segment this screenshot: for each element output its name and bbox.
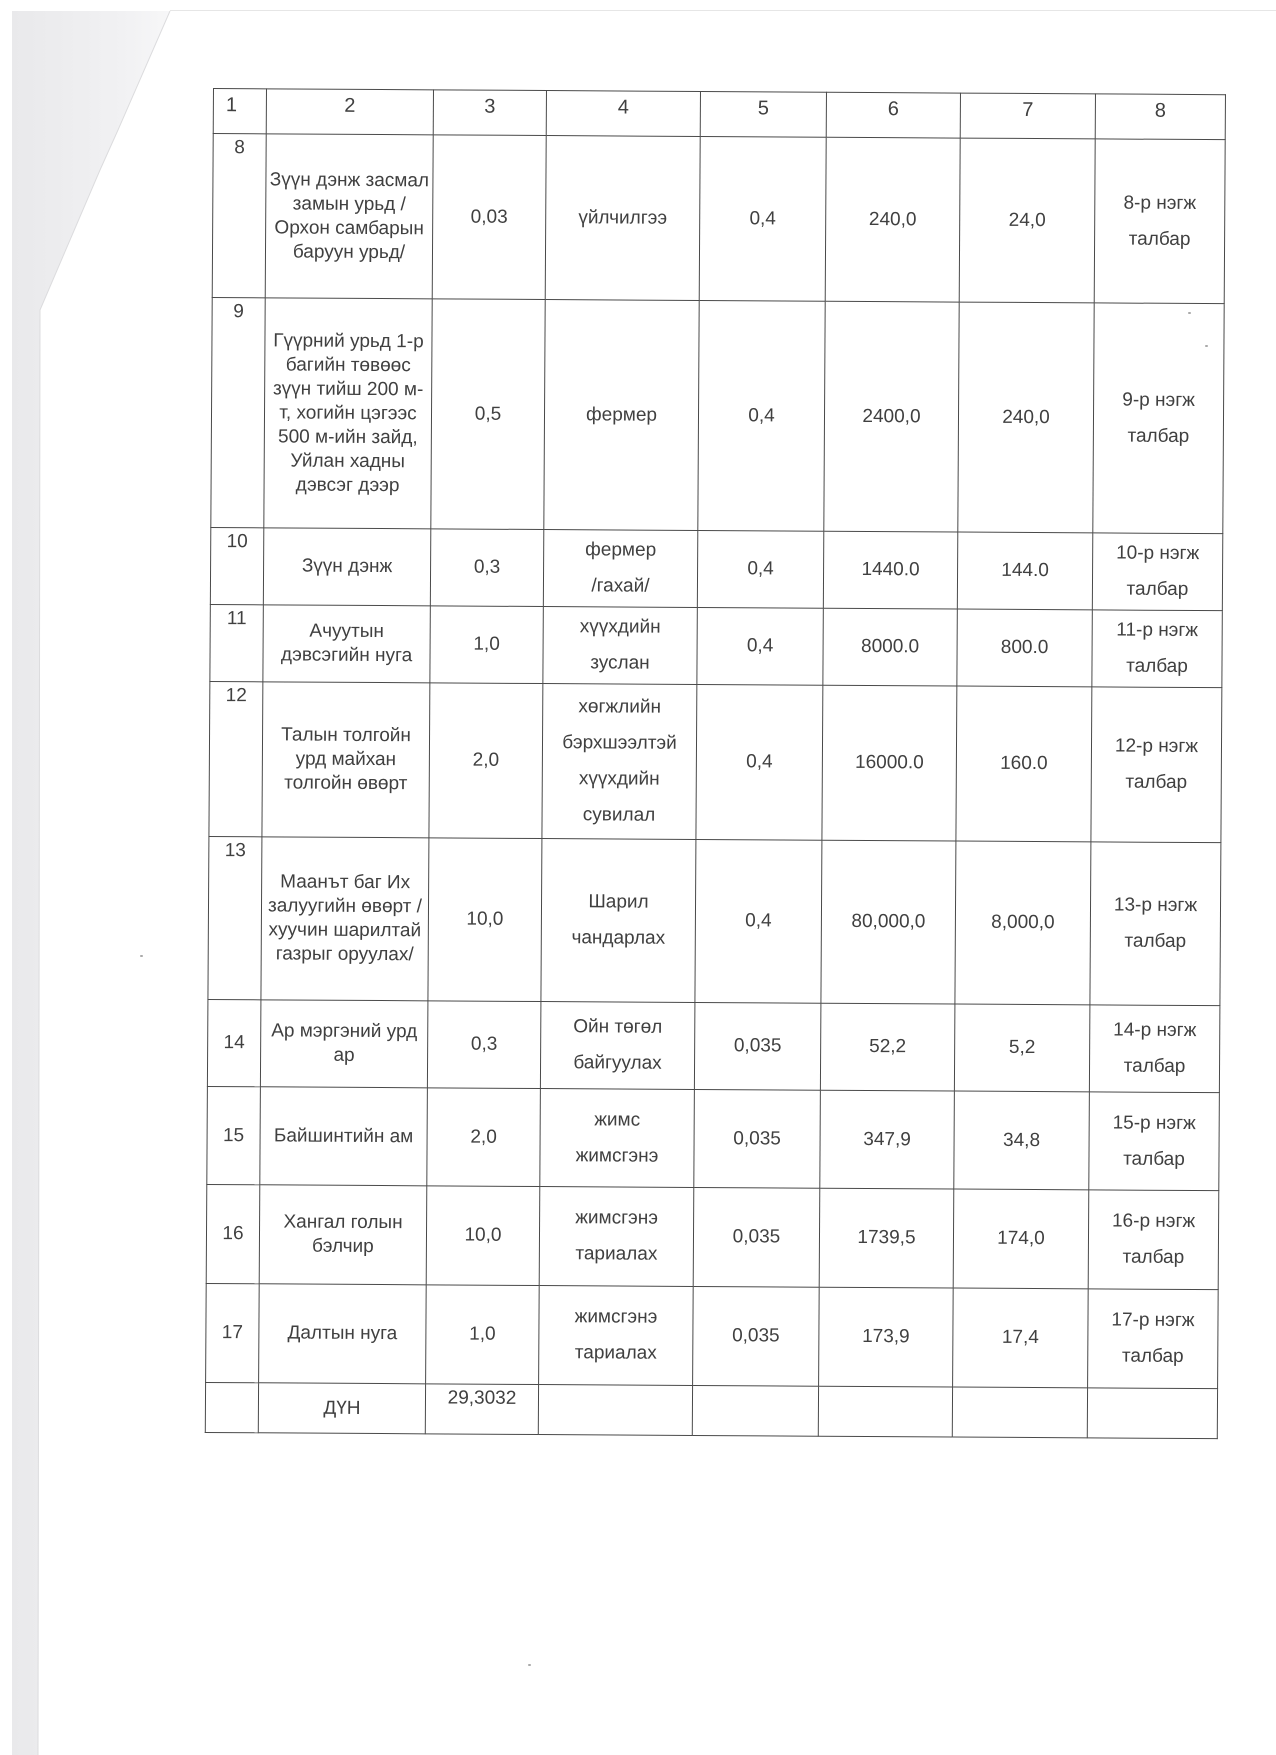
location-cell: Зүүн дэнж <box>263 528 430 606</box>
row-number-cell: 13 <box>208 836 262 999</box>
area-cell: 0,3 <box>427 1001 541 1089</box>
purpose-cell: фермер <box>544 300 699 531</box>
purpose-line: жимсгэнэ <box>543 1200 690 1237</box>
area-cell: 0,03 <box>432 135 546 300</box>
amount-cell: 2400,0 <box>824 301 959 532</box>
purpose-line: жимсгэнэ <box>543 1138 690 1175</box>
land-allocation-table: 1 2 3 4 5 6 7 8 8Зүүн дэнж засмал замын … <box>205 88 1226 1439</box>
purpose-line: байгуулах <box>544 1045 691 1082</box>
fee-cell: 24,0 <box>959 138 1095 303</box>
area-cell: 2,0 <box>427 1088 541 1187</box>
empty-cell <box>1087 1388 1217 1439</box>
table-row: 9Гүүрний урьд 1-р багийн төвөөс зүүн тий… <box>211 297 1224 533</box>
row-number-cell: 12 <box>209 681 263 836</box>
table-row: 17Далтын нуга1,0жимсгэнэтариалах0,035173… <box>206 1283 1219 1388</box>
purpose-cell: үйлчилгээ <box>545 136 700 301</box>
fee-cell: 144.0 <box>957 532 1092 610</box>
scan-speck <box>1188 312 1191 314</box>
fee-cell: 240,0 <box>958 302 1094 533</box>
fee-cell: 8,000,0 <box>955 841 1091 1005</box>
purpose-cell: хөгжлийнбэрхшээлтэйхүүхдийнсувилал <box>542 684 697 840</box>
purpose-cell: жимсжимсгэнэ <box>540 1089 695 1188</box>
header-cell: 7 <box>960 93 1095 139</box>
unit-line: талбар <box>1096 571 1219 608</box>
purpose-cell: жимсгэнэтариалах <box>539 1187 694 1287</box>
purpose-line: хөгжлийн <box>546 689 693 726</box>
location-cell: Хангал голын бэлчир <box>259 1185 427 1285</box>
unit-cell: 9-р нэгжталбар <box>1093 303 1224 534</box>
table-row: 8Зүүн дэнж засмал замын урьд / Орхон сам… <box>212 134 1225 304</box>
amount-cell: 16000.0 <box>822 685 957 841</box>
amount-cell: 347,9 <box>820 1090 955 1189</box>
purpose-line: бэрхшээлтэй <box>546 725 693 762</box>
purpose-cell: Шарилчандарлах <box>541 839 696 1003</box>
table-row: 10Зүүн дэнж0,3фермер/гахай/0,41440.0144.… <box>210 527 1222 610</box>
rate-cell: 0,4 <box>697 530 823 608</box>
empty-cell <box>818 1386 952 1437</box>
unit-cell: 17-р нэгжталбар <box>1088 1289 1219 1389</box>
unit-line: 12-р нэгж <box>1095 728 1218 765</box>
unit-cell: 13-р нэгжталбар <box>1090 842 1221 1006</box>
purpose-line: /гахай/ <box>547 568 694 605</box>
area-cell: 2,0 <box>429 683 543 839</box>
unit-line: 15-р нэгж <box>1093 1105 1216 1142</box>
unit-line: 11-р нэгж <box>1096 612 1219 649</box>
row-number-cell: 16 <box>206 1184 260 1283</box>
rate-cell: 0,4 <box>697 607 823 685</box>
row-number-cell: 14 <box>207 999 261 1086</box>
purpose-line: хүүхдийн <box>546 761 693 798</box>
purpose-cell: хүүхдийнзуслан <box>543 607 697 685</box>
unit-line: 17-р нэгж <box>1091 1302 1214 1339</box>
unit-line: 14-р нэгж <box>1093 1012 1216 1049</box>
purpose-line: хүүхдийн <box>547 609 694 646</box>
area-cell: 0,5 <box>431 299 545 530</box>
unit-line: талбар <box>1098 221 1221 258</box>
header-cell: 4 <box>546 91 700 137</box>
unit-line: 9-р нэгж <box>1097 382 1220 419</box>
scan-speck <box>528 1664 531 1666</box>
empty-cell <box>538 1385 692 1436</box>
total-row: ДҮН29,3032 <box>205 1382 1217 1438</box>
purpose-line: сувилал <box>545 797 692 834</box>
unit-line: талбар <box>1094 923 1217 960</box>
unit-cell: 10-р нэгжталбар <box>1092 533 1222 611</box>
total-area: 29,3032 <box>425 1384 538 1435</box>
location-cell: Зүүн дэнж засмал замын урьд / Орхон самб… <box>265 134 433 299</box>
unit-line: 16-р нэгж <box>1092 1203 1215 1240</box>
row-number-cell: 9 <box>211 297 265 527</box>
amount-cell: 1739,5 <box>819 1188 954 1288</box>
fee-cell: 5,2 <box>954 1004 1090 1092</box>
header-cell: 6 <box>826 92 960 138</box>
purpose-line: Ойн төгөл <box>544 1009 691 1046</box>
fee-cell: 34,8 <box>954 1091 1090 1190</box>
location-cell: Далтын нуга <box>259 1284 427 1384</box>
purpose-cell: жимсгэнэтариалах <box>539 1286 694 1386</box>
purpose-line: үйлчилгээ <box>549 200 696 237</box>
header-cell: 3 <box>433 90 546 136</box>
unit-cell: 16-р нэгжталбар <box>1088 1190 1219 1290</box>
header-cell: 8 <box>1095 94 1225 140</box>
row-number-cell: 17 <box>206 1283 260 1382</box>
scan-speck <box>1205 345 1208 347</box>
scan-speck <box>140 955 143 957</box>
purpose-cell: Ойн төгөлбайгуулах <box>540 1002 695 1090</box>
unit-cell: 12-р нэгжталбар <box>1091 687 1222 843</box>
unit-line: талбар <box>1097 418 1220 455</box>
row-number-cell: 8 <box>212 134 266 298</box>
row-number-cell: 15 <box>207 1086 261 1184</box>
unit-cell: 14-р нэгжталбар <box>1089 1005 1220 1093</box>
rate-cell: 0,035 <box>694 1002 821 1090</box>
rate-cell: 0,035 <box>693 1187 820 1287</box>
purpose-line: фермер <box>547 532 694 569</box>
unit-cell: 8-р нэгжталбар <box>1094 139 1225 304</box>
unit-line: талбар <box>1092 1141 1215 1178</box>
rate-cell: 0,4 <box>698 300 825 531</box>
rate-cell: 0,4 <box>696 684 823 840</box>
header-cell: 5 <box>700 91 826 137</box>
purpose-line: жимс <box>544 1102 691 1139</box>
fee-cell: 800.0 <box>957 609 1092 687</box>
fee-cell: 160.0 <box>956 686 1092 842</box>
unit-cell: 15-р нэгжталбар <box>1089 1092 1220 1191</box>
unit-line: талбар <box>1095 648 1218 685</box>
area-cell: 1,0 <box>426 1285 540 1385</box>
column-number-header-row: 1 2 3 4 5 6 7 8 <box>213 89 1225 140</box>
unit-line: талбар <box>1092 1239 1215 1276</box>
header-cell: 1 <box>213 89 266 134</box>
unit-line: 13-р нэгж <box>1094 887 1217 924</box>
empty-cell <box>205 1382 258 1432</box>
purpose-cell: фермер/гахай/ <box>543 530 697 608</box>
fee-cell: 17,4 <box>953 1288 1089 1388</box>
amount-cell: 52,2 <box>820 1003 955 1091</box>
table-row: 14Ар мэргэний урд ар0,3Ойн төгөлбайгуула… <box>207 999 1220 1092</box>
table-row: 12Талын толгойн урд майхан толгойн өвөрт… <box>209 681 1222 842</box>
row-number-cell: 10 <box>210 527 263 604</box>
empty-cell <box>952 1387 1087 1438</box>
total-label: ДҮН <box>258 1383 425 1434</box>
fee-cell: 174,0 <box>953 1189 1089 1289</box>
area-cell: 10,0 <box>426 1186 540 1286</box>
rate-cell: 0,4 <box>695 839 822 1003</box>
purpose-line: тариалах <box>543 1236 690 1273</box>
header-cell: 2 <box>266 89 433 135</box>
row-number-cell: 11 <box>210 604 263 681</box>
unit-line: талбар <box>1095 764 1218 801</box>
area-cell: 0,3 <box>430 529 543 607</box>
amount-cell: 240,0 <box>825 137 960 302</box>
page-top-edge <box>170 10 1276 11</box>
unit-cell: 11-р нэгжталбар <box>1092 610 1222 688</box>
table-row: 13Маанът баг Их залуугийн өвөрт /хуучин … <box>208 836 1221 1005</box>
table-row: 16Хангал голын бэлчир10,0жимсгэнэтариала… <box>206 1184 1219 1289</box>
unit-line: 10-р нэгж <box>1096 535 1219 572</box>
location-cell: Талын толгойн урд майхан толгойн өвөрт <box>262 682 430 838</box>
amount-cell: 1440.0 <box>823 531 957 609</box>
empty-cell <box>692 1385 818 1436</box>
location-cell: Ачуутын дэвсэгийн нуга <box>263 605 430 683</box>
location-cell: Ар мэргэний урд ар <box>260 1000 428 1088</box>
amount-cell: 8000.0 <box>823 608 957 686</box>
unit-line: 8-р нэгж <box>1098 185 1221 222</box>
location-cell: Маанът баг Их залуугийн өвөрт /хуучин ша… <box>261 837 429 1001</box>
amount-cell: 173,9 <box>819 1287 954 1387</box>
table-row: 15Байшинтийн ам2,0жимсжимсгэнэ0,035347,9… <box>207 1086 1220 1190</box>
location-cell: Байшинтийн ам <box>260 1087 428 1186</box>
purpose-line: жимсгэнэ <box>542 1299 689 1336</box>
purpose-line: тариалах <box>542 1335 689 1372</box>
rate-cell: 0,4 <box>699 136 826 301</box>
area-cell: 10,0 <box>428 838 542 1002</box>
table-row: 11Ачуутын дэвсэгийн нуга1,0хүүхдийнзусла… <box>210 604 1222 687</box>
purpose-line: чандарлах <box>545 920 692 957</box>
purpose-line: фермер <box>548 397 695 434</box>
unit-line: талбар <box>1091 1338 1214 1375</box>
area-cell: 1,0 <box>430 606 543 684</box>
amount-cell: 80,000,0 <box>821 840 956 1004</box>
rate-cell: 0,035 <box>693 1286 820 1386</box>
purpose-line: зуслан <box>546 645 693 682</box>
rate-cell: 0,035 <box>694 1089 821 1188</box>
purpose-line: Шарил <box>545 884 692 921</box>
location-cell: Гүүрний урьд 1-р багийн төвөөс зүүн тийш… <box>264 298 432 529</box>
unit-line: талбар <box>1093 1048 1216 1085</box>
